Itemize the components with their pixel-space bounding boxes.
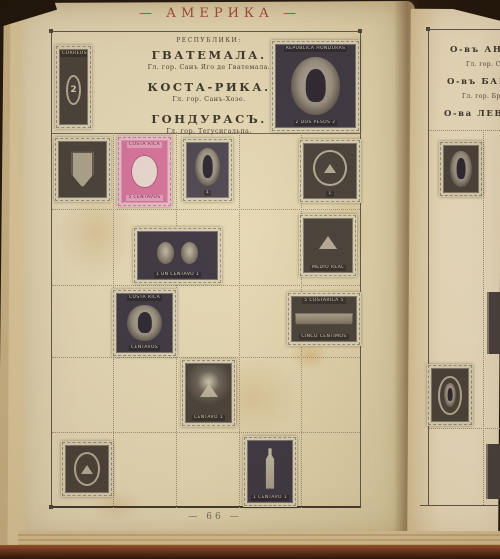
stamp-value: 2	[70, 85, 76, 95]
right-page-frame-line	[428, 29, 500, 30]
grid-row-line	[52, 357, 360, 358]
stamp-value: 1	[204, 190, 211, 196]
stamp-portrait-oval-1: 1	[182, 138, 233, 202]
page-number: — 66 —	[160, 512, 270, 522]
stamp-medio-real: MEDIO REAL	[299, 214, 357, 277]
stamp-denomination: CENTAVOS	[129, 345, 160, 351]
island-entry-name: О-въ БАРБАД	[447, 77, 500, 87]
stamp-honduras-2-pesos: REPUBLICA HONDURAS 2 DOS PESOS 2	[271, 40, 360, 132]
right-page-grid-line	[483, 130, 484, 505]
frame-corner-ornament	[358, 29, 362, 33]
portrait-vignette	[444, 383, 455, 406]
right-page-frame-line	[428, 29, 429, 505]
country-caption-block: РЕСПУБЛИКИ: ГВАТЕМАЛА. Гл. гор. Санъ Яго…	[123, 37, 295, 135]
grid-row-line	[52, 432, 360, 433]
stamp-denomination: CINCO CENTIMOS	[299, 334, 348, 340]
double-portrait-vignette	[157, 242, 198, 264]
island-entry-capital: Гл. гор. С-	[466, 61, 500, 68]
country-capital: Гл. гор. Тегусигальпа.	[123, 127, 295, 135]
stamp-antigua-victoria	[439, 141, 483, 197]
country-capital: Гл. гор. Санъ-Хозе.	[123, 95, 295, 103]
country-capital: Гл. гор. Санъ Яго де Гватемала.	[123, 63, 295, 71]
stamp-square-seal	[61, 441, 113, 497]
grid-row-line	[52, 209, 360, 210]
stamp-denomination: 1 CENTAVO 1	[251, 495, 289, 501]
stamp-costa-rica-cinco-centimos: 5 COSTARICA 5 CINCO CENTIMOS	[287, 292, 361, 346]
stamp-costa-rica-portrait: COSTA RICA CENTAVOS	[112, 289, 177, 357]
stamp-denomination: 5 CENTAVOS	[126, 195, 162, 201]
arms-vignette	[324, 164, 336, 173]
grid-row-line	[52, 285, 360, 286]
sunburst-vignette	[186, 365, 231, 415]
shield-vignette	[71, 151, 94, 187]
stamp-denomination: MEDIO REAL	[310, 265, 346, 271]
stamp-partial-edge	[486, 444, 500, 499]
country-name: ГВАТЕМАЛА.	[123, 48, 295, 62]
stamp-victoria-circle	[427, 364, 473, 426]
right-page-grid-line	[429, 130, 500, 131]
stamp-denomination: CENTAVO 1	[192, 415, 225, 421]
stamp-guatemala-correos-2: CORREOS 2	[55, 45, 92, 129]
book-cover-edge	[0, 545, 500, 559]
country-name: ГОНДУРАСЪ.	[123, 112, 295, 126]
grid-column-line	[239, 133, 240, 508]
frame-corner-ornament	[49, 29, 53, 33]
stamp-denomination: 1 UN CENTAVO 1	[154, 272, 201, 278]
stamp-costa-rica-5c-pink: COSTA RICA 5 CENTAVOS	[117, 136, 172, 207]
stamp-shield-arms	[54, 137, 111, 202]
arms-vignette	[131, 155, 157, 188]
stamp-un-centavo-wide: 1 UN CENTAVO 1	[133, 227, 222, 284]
island-entry-name: О-въ АНТИ	[450, 45, 500, 55]
landscape-vignette	[295, 313, 353, 326]
country-name: КОСТА-РИКА.	[123, 80, 295, 94]
stamp-denomination: 2 DOS PESOS 2	[294, 120, 338, 126]
stamp-partial-edge	[487, 292, 500, 354]
frame-corner-ornament	[49, 505, 53, 509]
right-page-grid-line	[429, 428, 500, 429]
portrait-vignette	[195, 148, 220, 187]
island-entry-name: О-ва ЛЕВАР	[444, 109, 500, 119]
page-title: — АМЕРИКА —	[110, 6, 330, 21]
stamp-standing-figure: 1 CENTAVO 1	[243, 436, 297, 507]
volcano-vignette	[319, 236, 337, 249]
section-label: РЕСПУБЛИКИ:	[123, 37, 295, 44]
stamp-value: 1	[326, 191, 333, 197]
stamp-guatemala-arms-1: 1	[299, 139, 361, 203]
portrait-vignette	[127, 305, 161, 342]
portrait-vignette	[291, 57, 340, 114]
album-photo: — АМЕРИКА — РЕСПУБЛИКИ: ГВАТЕМАЛА. Гл. г…	[0, 0, 500, 559]
seal-vignette	[81, 465, 93, 474]
frame-corner-ornament	[426, 27, 430, 31]
island-entry-capital: Гл. гор. Бридж	[462, 93, 500, 100]
stamp-centavo-volcano: CENTAVO 1	[181, 359, 236, 427]
portrait-vignette	[450, 151, 471, 188]
right-page-frame-line	[420, 505, 500, 506]
figure-vignette	[264, 448, 275, 488]
